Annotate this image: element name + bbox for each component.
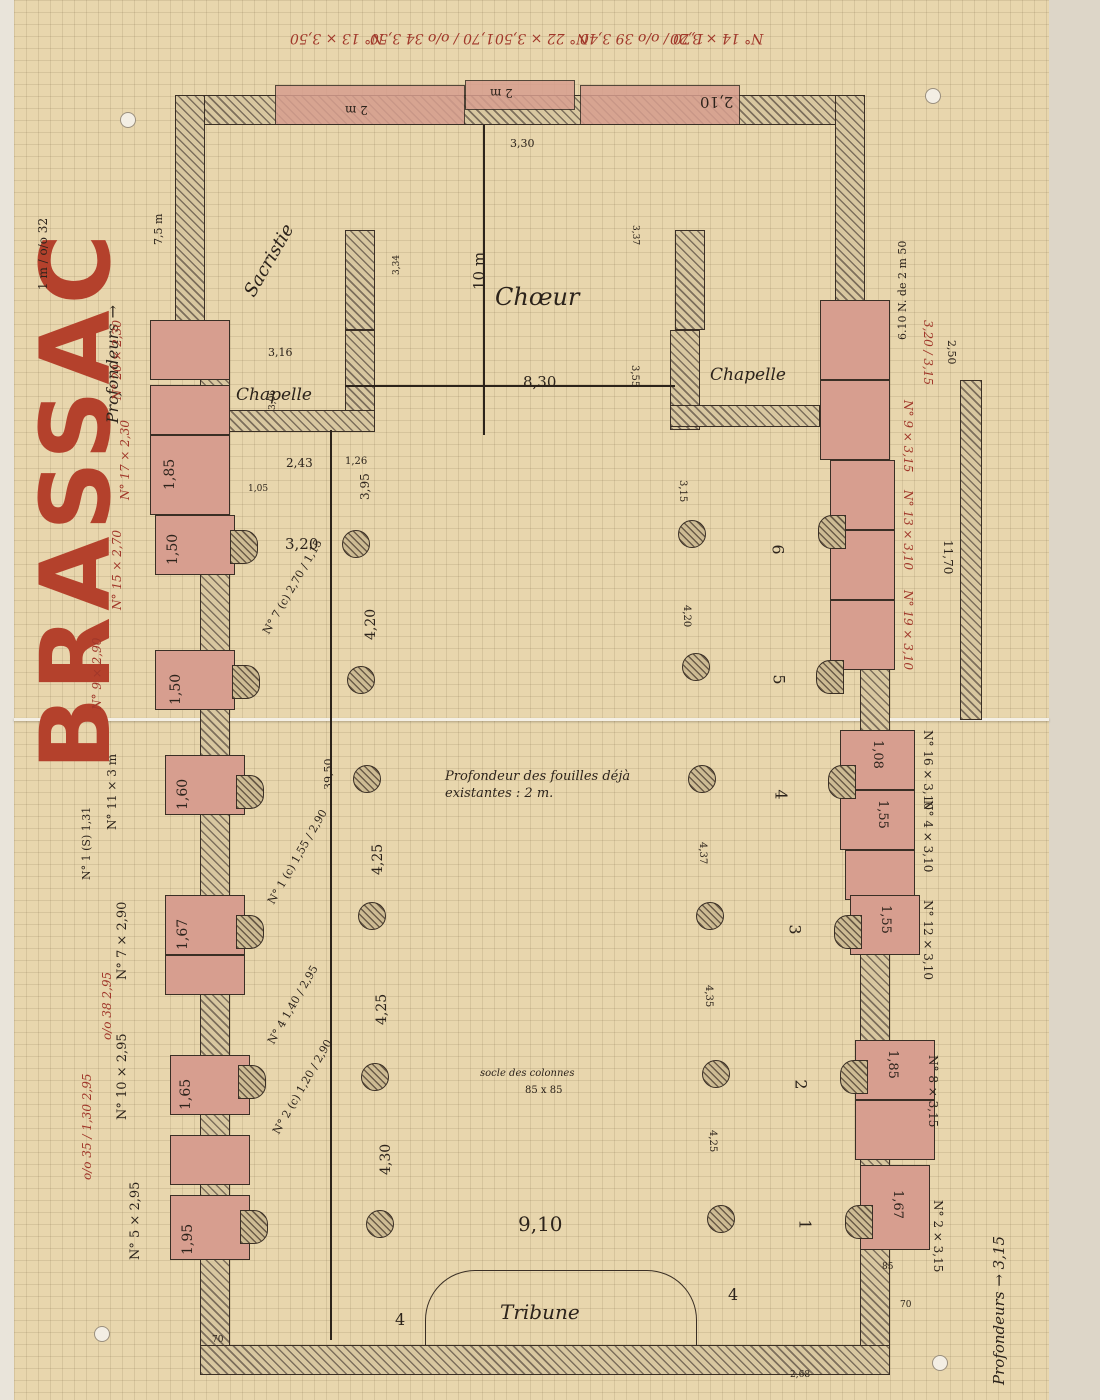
sounding-label: N° 15 <box>110 574 124 610</box>
sounding-label: N° 17 <box>118 464 132 500</box>
annotation-label: 1,70 / o/o 34 <box>406 30 495 46</box>
background-margin <box>1049 0 1100 1400</box>
right-sounding: N° 12 × 3,10 <box>921 900 935 980</box>
punch-hole <box>932 1355 948 1371</box>
sounding-label: N° 9 <box>901 400 915 428</box>
left-sounding: N° 1 (S) 1,31 <box>80 807 93 880</box>
sounding-block-right <box>820 300 890 380</box>
dim-choir-depth: 10 m <box>470 252 488 290</box>
sounding-value: 2,95 <box>80 1073 94 1100</box>
dim-chapel-left-depth: 3,06 <box>268 390 278 410</box>
dim-choir-side-left: 3,34 <box>392 255 402 275</box>
right-sounding: N° 4 × 3,10 <box>921 800 935 872</box>
column-left <box>361 1063 389 1091</box>
note-right-side: 6.10 N. de 2 m 50 <box>896 241 909 340</box>
column-right <box>696 902 724 930</box>
sounding-value: 3 m <box>105 754 119 777</box>
sounding-label: N° 12 <box>921 900 935 936</box>
pilaster-left <box>240 1210 268 1244</box>
left-block-value: 1,67 <box>175 919 191 950</box>
sounding-label: N° 16 <box>921 730 935 766</box>
column-left <box>366 1210 394 1238</box>
pilaster-right <box>818 515 846 549</box>
right-sounding: N° 9 × 3,15 <box>901 400 915 472</box>
sounding-value: 3,10 <box>901 643 915 670</box>
left-sounding: N° 11 × 3 m <box>105 754 119 830</box>
left-sounding: N° 5 × 2,95 <box>128 1182 143 1260</box>
axis-line-vertical <box>330 430 332 1340</box>
column-number: 4 <box>772 789 791 799</box>
dim-bay-right: 3,15 <box>677 480 688 502</box>
sounding-value: 2,30 <box>110 320 124 347</box>
axis-line-horizontal <box>345 385 675 387</box>
sounding-value: 2,90 <box>115 902 130 931</box>
note-column-base-size: 85 x 85 <box>525 1085 562 1096</box>
column-left <box>358 902 386 930</box>
label-choir: Chœur <box>495 283 579 311</box>
sounding-value: 3,10 <box>921 846 935 873</box>
sounding-block-right <box>820 380 890 460</box>
chapel-left-bottom <box>215 410 375 432</box>
left-block-value: 1,60 <box>175 779 191 810</box>
left-sounding: N° 20 × 2,30 <box>110 320 124 400</box>
left-sounding: o/o 35 / 1,30 2,95 <box>80 1073 94 1180</box>
dim-choir-width: 8,30 <box>523 373 556 391</box>
pilaster-left <box>230 530 258 564</box>
dim-chapel-left-pier: 1,26 <box>345 456 367 467</box>
sounding-value: 2,95 <box>100 972 114 999</box>
outer-wall-right <box>960 380 982 720</box>
sheet-seam <box>14 718 1049 721</box>
sounding-value: 2,95 <box>128 1182 143 1211</box>
dim-choir-top-width: 3,30 <box>510 137 535 150</box>
sounding-block-left <box>165 955 245 995</box>
pilaster-right <box>816 660 844 694</box>
dim-bay-left: 4,30 <box>378 1144 394 1175</box>
sounding-value: 3,10 <box>921 953 935 980</box>
punch-hole <box>120 112 136 128</box>
sounding-label: N° 13 <box>901 490 915 526</box>
dim-chapel-left-span: 2,43 <box>286 456 313 470</box>
annotation-value: 3,40 <box>580 30 611 46</box>
sounding-block-right <box>855 1100 935 1160</box>
sounding-label: N° 19 <box>901 590 915 626</box>
column-right <box>702 1060 730 1088</box>
pilaster-right <box>834 915 862 949</box>
label-tribune: Tribune <box>500 1300 580 1324</box>
pilaster-right <box>828 765 856 799</box>
choir-pier-left <box>345 230 375 330</box>
choir-wall-right <box>835 95 865 325</box>
choir-pier-right <box>675 230 705 330</box>
note-excavation-depth: Profondeur des fouilles déjà existantes … <box>445 768 645 802</box>
left-sounding: N° 7 × 2,90 <box>115 902 130 980</box>
right-sounding: N° 2 × 3,15 <box>931 1200 945 1272</box>
left-sounding: N° 10 × 2,95 <box>115 1033 130 1120</box>
column-number: 6 <box>769 544 788 554</box>
sounding-label: N° 1 (S) <box>80 835 93 880</box>
left-block-value: 1,85 <box>162 459 178 490</box>
dim-nave-width: 9,10 <box>518 1212 563 1236</box>
top-annotation: N° 22 × 3,50 <box>495 30 588 46</box>
sounding-label: N° 2 <box>931 1200 945 1228</box>
sounding-value: 1,31 <box>80 807 93 832</box>
right-sounding: N° 19 × 3,10 <box>901 590 915 670</box>
sounding-label: N° 8 <box>926 1055 940 1083</box>
right-far-value: 3,20 / 3,15 <box>921 320 935 385</box>
pilaster-left <box>232 665 260 699</box>
column-number: 3 <box>786 924 805 934</box>
left-sounding: o/o 38 2,95 <box>100 972 114 1040</box>
sounding-block-left <box>170 1135 250 1185</box>
sounding-value: 2,70 <box>110 530 124 557</box>
annotation-value: 3,50 <box>495 30 526 46</box>
pilaster-right <box>845 1205 873 1239</box>
pilaster-left <box>236 775 264 809</box>
column-left <box>353 765 381 793</box>
dim-chapel-left-offset: 1,05 <box>248 484 268 494</box>
right-block-value: 1,55 <box>875 800 890 829</box>
left-block-value: 1,95 <box>180 1224 196 1255</box>
apse-block <box>465 80 575 110</box>
choir-wall-left <box>175 95 205 325</box>
sounding-value: 2,30 <box>118 420 132 447</box>
dim-bay-right: 4,35 <box>703 985 714 1007</box>
left-block-value: 1,50 <box>168 674 184 705</box>
sounding-value: 2,90 <box>90 638 104 665</box>
right-sounding: N° 8 × 3,15 <box>926 1055 940 1127</box>
column-number: 1 <box>796 1219 815 1229</box>
pilaster-left <box>238 1065 266 1099</box>
annotation-value: 3,20 <box>670 30 701 46</box>
dim-corner-right: 70 <box>900 1300 911 1310</box>
chapel-right-bottom <box>670 405 820 427</box>
dim-choir-side-right: 3,37 <box>630 225 640 245</box>
top-annotation: 1,70 / o/o 34 3,50 <box>370 30 494 46</box>
dim-bay-right: 4,25 <box>707 1130 718 1152</box>
column-number: 5 <box>770 674 789 684</box>
right-block-value: 1,67 <box>890 1190 905 1219</box>
dim-chapel-left-width: 3,16 <box>268 346 293 359</box>
dim-bay-left: 4,25 <box>370 844 386 875</box>
sounding-value: 3,15 <box>926 1101 940 1128</box>
left-block-value: 1,65 <box>178 1079 194 1110</box>
dim-entrance-left: 4 <box>395 1310 405 1329</box>
sounding-block-left <box>150 320 230 380</box>
label-chapel-right: Chapelle <box>710 365 786 385</box>
apse-block <box>275 85 465 125</box>
dim-left-wall: 7,5 m <box>152 214 165 245</box>
column-left <box>347 666 375 694</box>
column-right <box>682 653 710 681</box>
punch-hole <box>925 88 941 104</box>
pilaster-right <box>840 1060 868 1094</box>
apse-value: 2 m <box>345 103 368 117</box>
dim-bottom-right: 2,68 <box>790 1370 810 1380</box>
column-number: 2 <box>792 1079 811 1089</box>
right-block-value: 1,55 <box>878 905 893 934</box>
sounding-block-left <box>150 385 230 435</box>
sounding-label: N° 7 <box>115 950 130 980</box>
top-annotation: N° 14 × 3,20 <box>670 30 763 46</box>
sounding-label: o/o 38 <box>100 1002 114 1040</box>
dim-bay-left: 4,25 <box>374 994 390 1025</box>
dim-bay-right: 4,37 <box>697 842 708 864</box>
right-sounding: N° 13 × 3,10 <box>901 490 915 570</box>
sounding-value: 3,15 <box>901 446 915 473</box>
annotation-label: N° 14 <box>722 30 764 46</box>
column-right <box>707 1205 735 1233</box>
annotation-value: 3,50 <box>290 30 321 46</box>
sounding-value: 3,15 <box>931 1246 945 1273</box>
right-far-value: 2,50 <box>945 340 958 365</box>
note-depth-left-extra: 1 m / o/o 32 <box>36 218 50 290</box>
sounding-label: N° 20 <box>110 364 124 400</box>
dim-chapel-right-depth: 3,55 <box>629 365 640 387</box>
note-depth-right: Profondeurs → 3,15 <box>990 1236 1008 1385</box>
sounding-value: 3,10 <box>901 543 915 570</box>
left-sounding: N° 15 × 2,70 <box>110 530 124 610</box>
dim-entrance-right: 4 <box>728 1285 738 1304</box>
apse-value: 2,10 <box>700 93 733 111</box>
dim-corner-left: 70 <box>212 1335 223 1345</box>
sounding-label: N° 9 <box>90 682 104 710</box>
sounding-block-right <box>845 850 915 900</box>
right-sounding: N° 16 × 3,10 <box>921 730 935 810</box>
left-block-value: 1,50 <box>165 534 181 565</box>
left-sounding: N° 17 × 2,30 <box>118 420 132 500</box>
right-far-value: 11,70 <box>941 540 955 574</box>
dim-bay-left: 4,20 <box>363 609 379 640</box>
dim-nave-length: 39,50 <box>322 759 335 791</box>
dim-bay-left: 3,95 <box>358 473 372 500</box>
apse-value: 2 m <box>490 86 513 100</box>
dim-bottom-offset-right: 85 <box>882 1262 893 1272</box>
punch-hole <box>94 1326 110 1342</box>
nave-wall-bottom <box>200 1345 890 1375</box>
note-column-base: socle des colonnes <box>480 1068 574 1079</box>
sounding-label: N° 4 <box>921 800 935 828</box>
sounding-block-left <box>155 650 235 710</box>
right-block-value: 1,85 <box>885 1050 900 1079</box>
sounding-label: N° 10 <box>115 1081 130 1120</box>
annotation-value: 3,50 <box>370 30 401 46</box>
right-block-value: 1,08 <box>870 740 885 769</box>
column-left <box>342 530 370 558</box>
pilaster-left <box>236 915 264 949</box>
sounding-label: N° 11 <box>105 794 119 830</box>
sounding-value: 2,95 <box>115 1033 130 1062</box>
sounding-label: N° 5 <box>128 1230 143 1260</box>
dim-bay-right: 4,20 <box>681 605 692 627</box>
sounding-label: o/o 35 / 1,30 <box>80 1104 94 1180</box>
column-right <box>688 765 716 793</box>
left-sounding: N° 9 × 2,90 <box>90 638 104 710</box>
column-right <box>678 520 706 548</box>
